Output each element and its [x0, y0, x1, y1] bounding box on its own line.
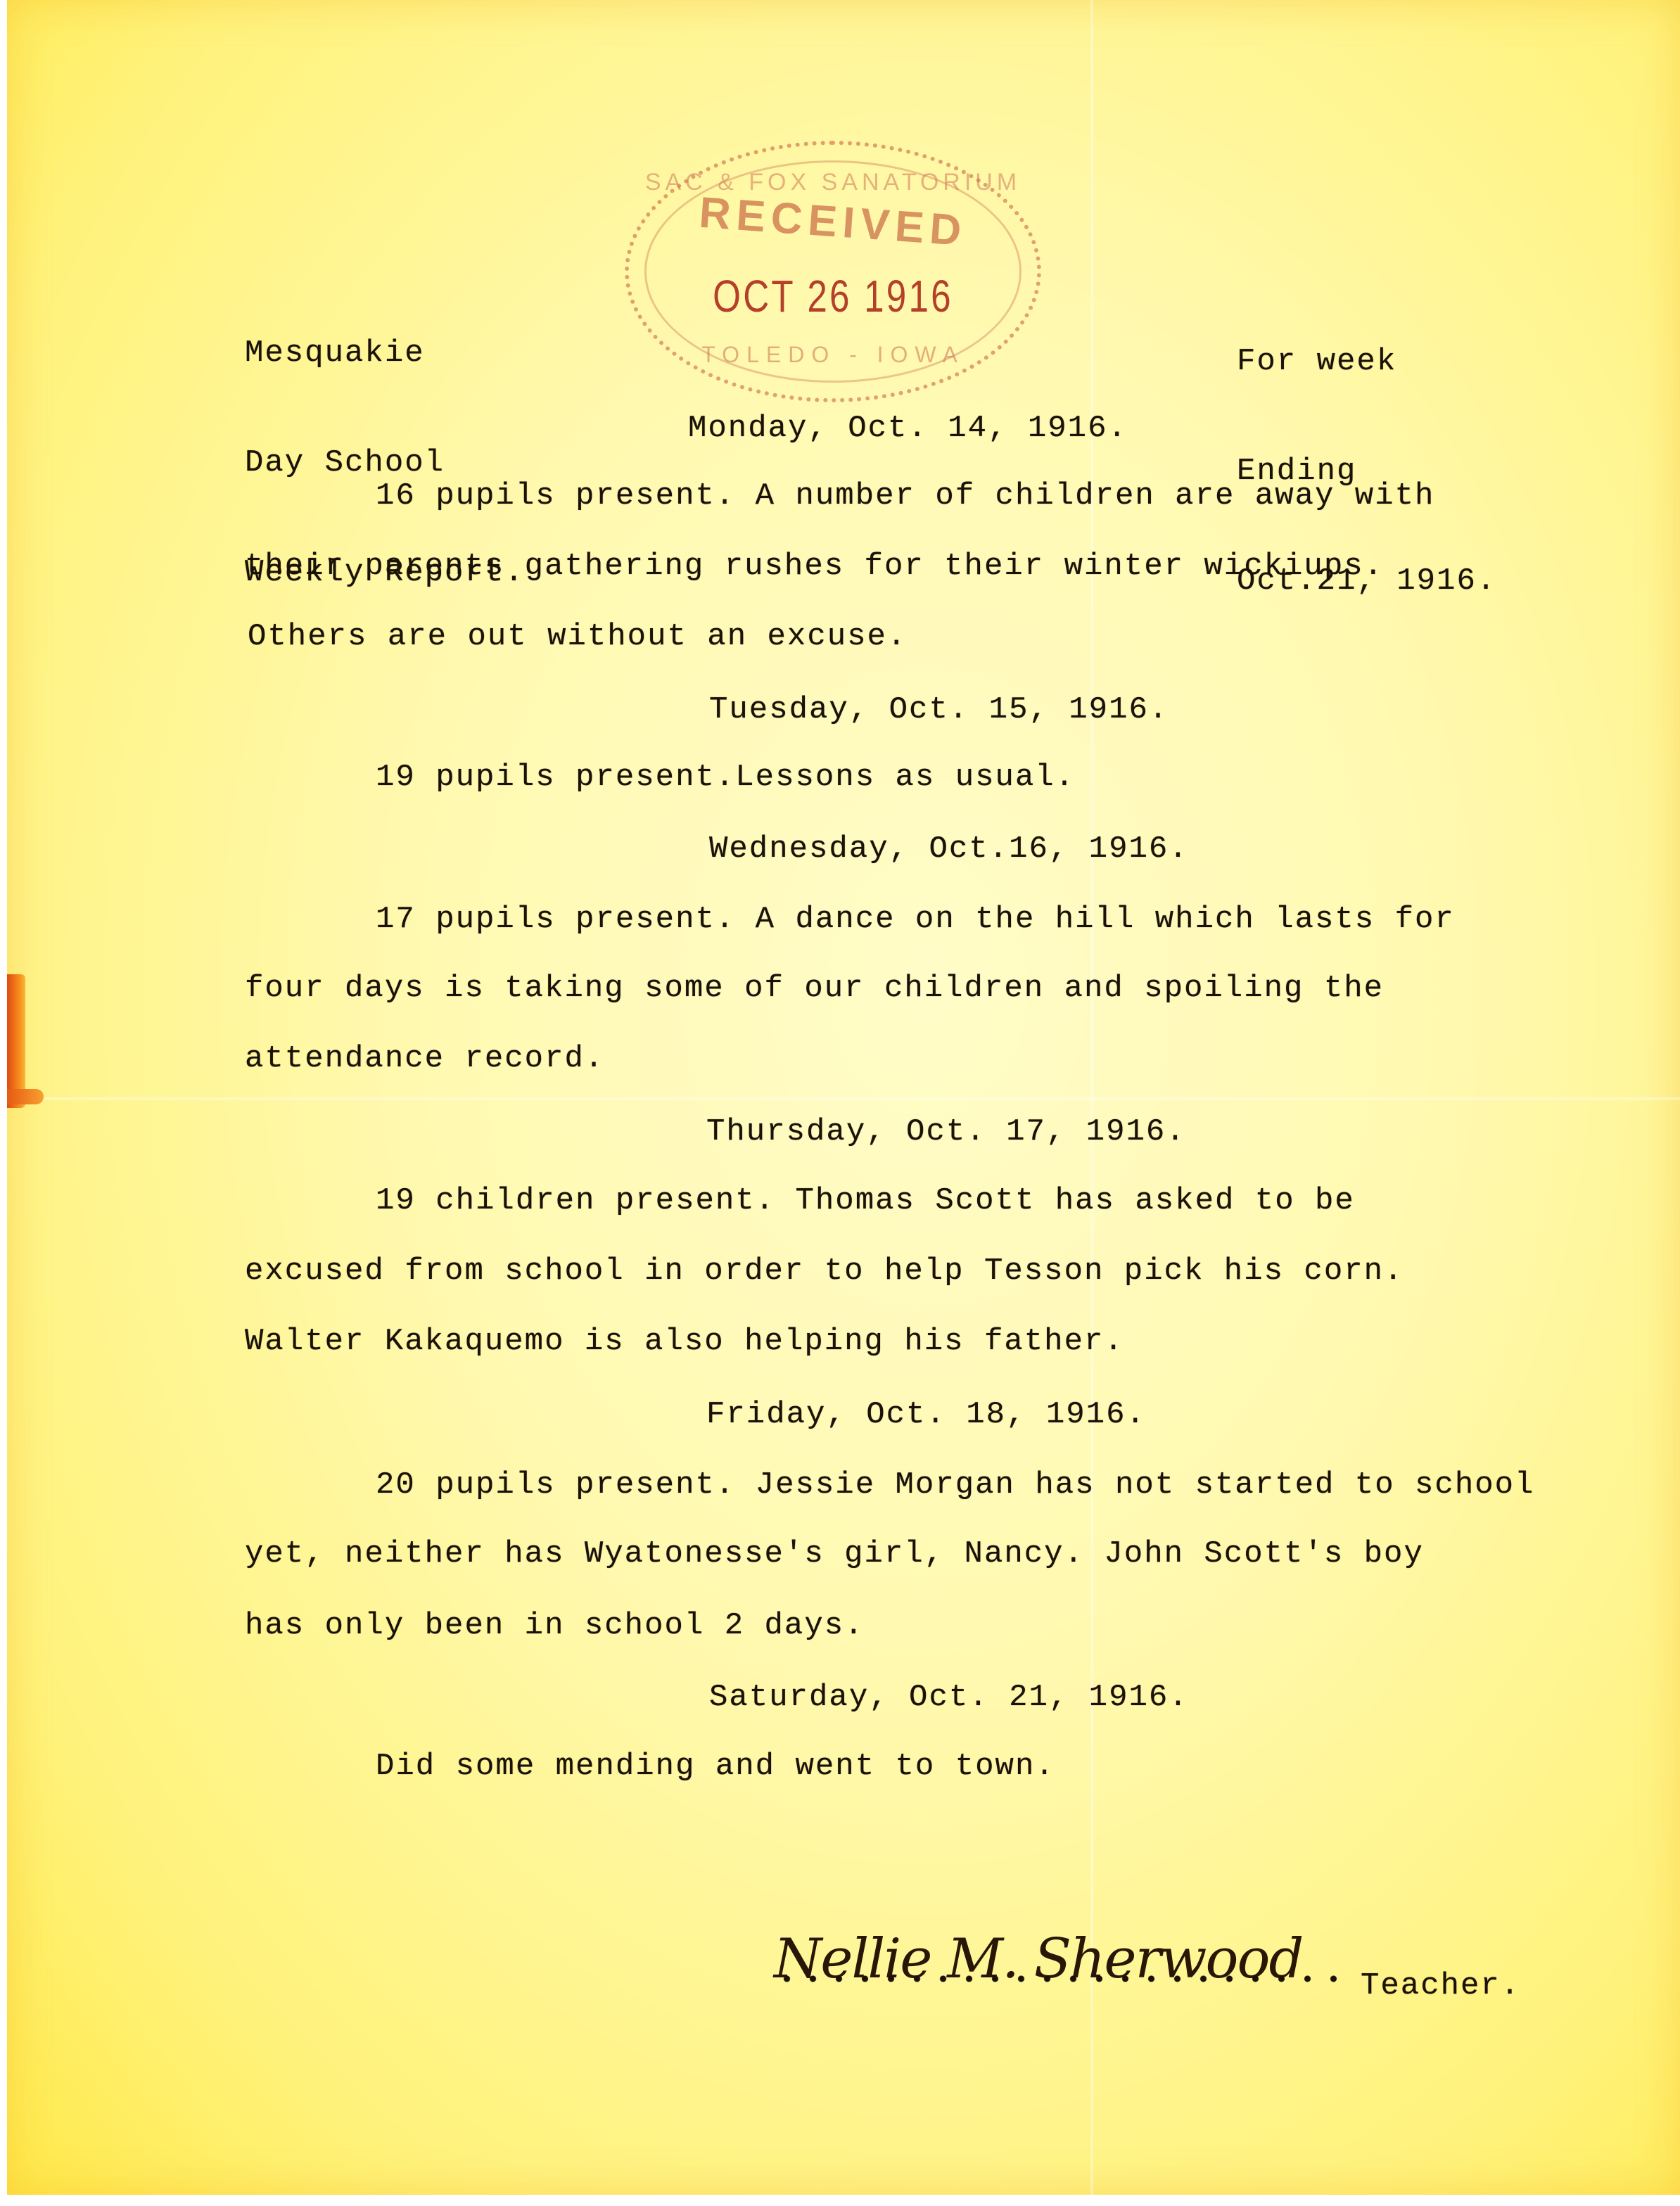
entry-line: 19 pupils present.Lessons as usual. — [376, 760, 1075, 795]
fold-crease-horizontal — [7, 1097, 1680, 1100]
signature-dotted-line — [774, 1975, 1351, 1982]
entry-line: attendance record. — [245, 1041, 604, 1076]
entry-line: 17 pupils present. A dance on the hill w… — [376, 902, 1455, 937]
orange-edge-tab — [7, 974, 25, 1108]
orange-edge-tab-foot — [7, 1089, 44, 1104]
week-line-1: For week — [1237, 343, 1496, 380]
entry-date-monday: Monday, Oct. 14, 1916. — [688, 411, 1128, 446]
entry-date-thursday: Thursday, Oct. 17, 1916. — [706, 1114, 1186, 1149]
entry-line: Did some mending and went to town. — [376, 1749, 1055, 1784]
entry-line: yet, neither has Wyatonesse's girl, Nanc… — [245, 1536, 1424, 1571]
entry-date-tuesday: Tuesday, Oct. 15, 1916. — [709, 692, 1169, 727]
entry-line: has only been in school 2 days. — [245, 1608, 865, 1643]
entry-line: their parents gathering rushes for their… — [245, 549, 1384, 584]
entry-line: four days is taking some of our children… — [245, 971, 1384, 1006]
entry-line: 19 children present. Thomas Scott has as… — [376, 1183, 1355, 1218]
entry-date-saturday: Saturday, Oct. 21, 1916. — [709, 1680, 1189, 1715]
header-line-1: Mesquakie — [245, 335, 525, 371]
entry-line: excused from school in order to help Tes… — [245, 1254, 1404, 1289]
entry-date-wednesday: Wednesday, Oct.16, 1916. — [709, 831, 1189, 867]
entry-line: 16 pupils present. A number of children … — [376, 478, 1434, 514]
header-line-2: Day School — [245, 445, 525, 481]
received-stamp: SAC & FOX SANATORIUM RECEIVED OCT 26 191… — [625, 141, 1041, 402]
entry-date-friday: Friday, Oct. 18, 1916. — [706, 1397, 1146, 1432]
entry-line: Walter Kakaquemo is also helping his fat… — [245, 1324, 1124, 1359]
stamp-bottom-text: TOLEDO - IOWA — [629, 342, 1037, 368]
stamp-date: OCT 26 1916 — [670, 270, 996, 322]
entry-line: 20 pupils present. Jessie Morgan has not… — [376, 1467, 1534, 1503]
signature-title: Teacher. — [1361, 1968, 1520, 2003]
entry-line: Others are out without an excuse. — [248, 619, 907, 654]
